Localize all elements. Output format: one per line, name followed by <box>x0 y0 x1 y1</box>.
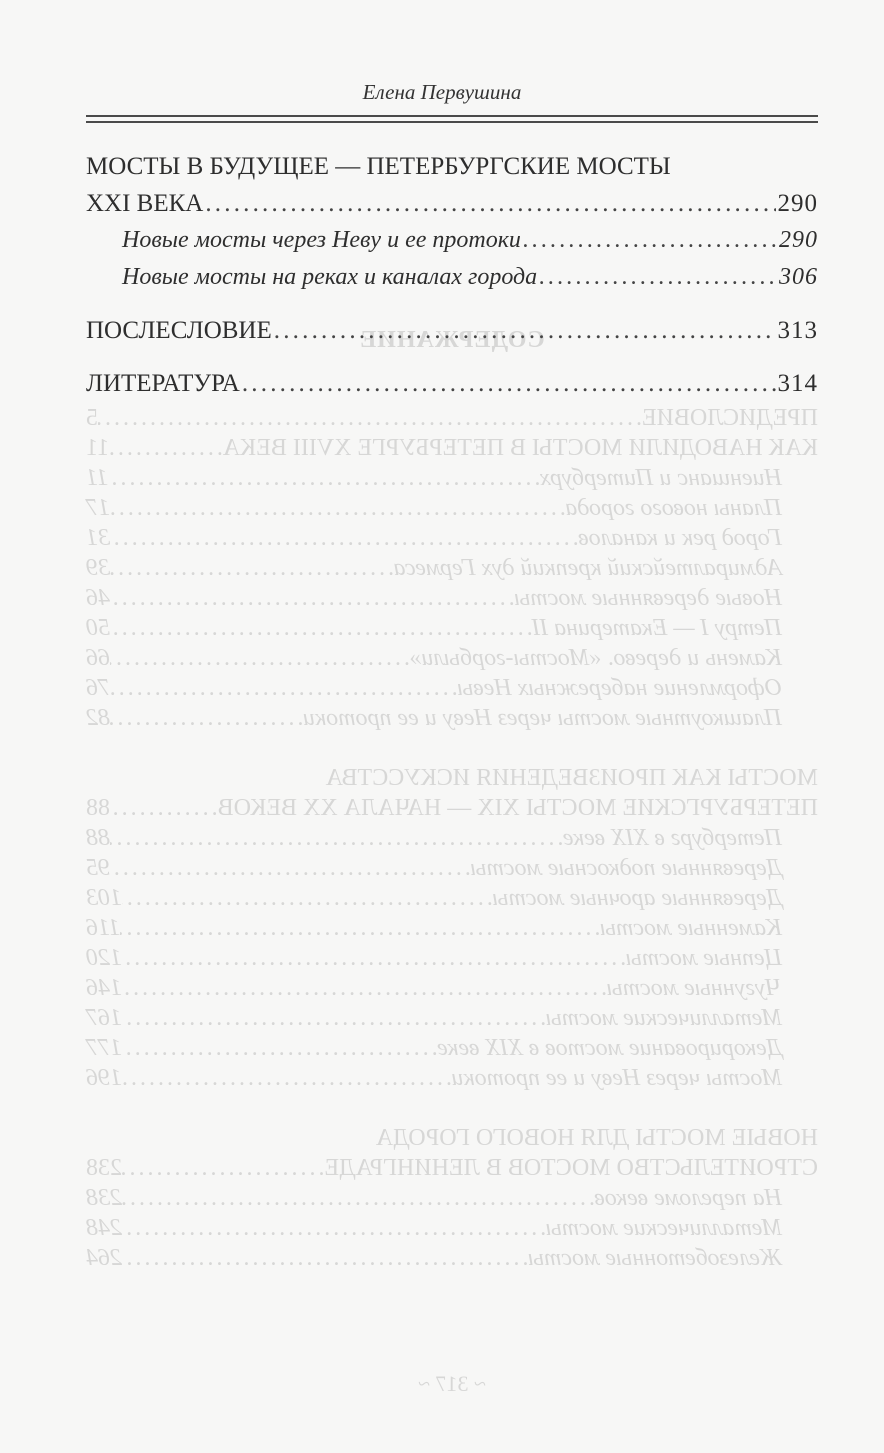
showthrough-row: ПЕТЕРБУРГСКИЕ МОСТЫ XIX — НАЧАЛА XX ВЕКО… <box>86 793 818 823</box>
reverse-page-showthrough: СОДЕРЖАНИЕ ПРЕДИСЛОВИЕ..................… <box>86 325 818 1399</box>
toc-page-number: 313 <box>778 312 819 349</box>
toc-entry[interactable]: ПОСЛЕСЛОВИЕ ............................… <box>86 312 818 349</box>
toc-entry-title: Новые мосты на реках и каналах города <box>122 259 537 296</box>
showthrough-row: МОСТЫ КАК ПРОИЗВЕДЕНИЯ ИСКУССТВА <box>86 763 818 793</box>
toc-entry[interactable]: Новые мосты на реках и каналах города ..… <box>86 259 818 296</box>
showthrough-row: Чугунные мосты..........................… <box>86 973 818 1003</box>
table-of-contents: МОСТЫ В БУДУЩЕЕ — ПЕТЕРБУРГСКИЕ МОСТЫ XX… <box>86 148 818 402</box>
showthrough-row: Ниеншанс и Питербурх....................… <box>86 463 818 493</box>
showthrough-row: Петру I — Екатерина II..................… <box>86 613 818 643</box>
showthrough-row: НОВЫЕ МОСТЫ ДЛЯ НОВОГО ГОРОДА <box>86 1123 818 1153</box>
showthrough-row: Декорирование мостов в XIX веке.........… <box>86 1033 818 1063</box>
header-rule-bottom <box>86 121 818 123</box>
running-header-author: Елена Первушина <box>0 80 884 105</box>
toc-entry-title: ПОСЛЕСЛОВИЕ <box>86 312 272 349</box>
toc-page-number: 290 <box>778 185 819 222</box>
toc-entry[interactable]: ЛИТЕРАТУРА .............................… <box>86 365 818 402</box>
showthrough-row: Мосты через Неву и ее протоки...........… <box>86 1063 818 1093</box>
showthrough-folio: ~ 317 ~ <box>86 1369 818 1399</box>
toc-entry[interactable]: Новые мосты через Неву и ее протоки ....… <box>86 222 818 259</box>
toc-entry-title: Новые мосты через Неву и ее протоки <box>122 222 521 259</box>
showthrough-row: СТРОИТЕЛЬСТВО МОСТОВ В ЛЕНИНГРАДЕ.......… <box>86 1153 818 1183</box>
dot-leader: ........................................… <box>205 185 775 222</box>
toc-entry-title: XXI ВЕКА <box>86 185 203 222</box>
dot-leader: ........................................… <box>539 259 777 296</box>
showthrough-row: Металлические мосты.....................… <box>86 1213 818 1243</box>
book-page: СОДЕРЖАНИЕ ПРЕДИСЛОВИЕ..................… <box>0 0 884 1453</box>
toc-page-number: 314 <box>778 365 819 402</box>
showthrough-row: Железобетонные мосты....................… <box>86 1243 818 1273</box>
dot-leader: ........................................… <box>523 222 777 259</box>
toc-page-number: 290 <box>779 222 818 259</box>
toc-entry-title-line1: МОСТЫ В БУДУЩЕЕ — ПЕТЕРБУРГСКИЕ МОСТЫ <box>86 148 818 185</box>
showthrough-row: Цепные мосты............................… <box>86 943 818 973</box>
showthrough-row: На переломе веков.......................… <box>86 1183 818 1213</box>
showthrough-row: ПРЕДИСЛОВИЕ.............................… <box>86 403 818 433</box>
showthrough-row: Деревянные подкосные мосты..............… <box>86 853 818 883</box>
showthrough-row: Адмиралтейский крепкий дух Гермеса......… <box>86 553 818 583</box>
showthrough-row: Камень и дерево. «Мосты-горбыли»........… <box>86 643 818 673</box>
toc-entry[interactable]: XXI ВЕКА ...............................… <box>86 185 818 222</box>
showthrough-row: КАК НАВОДИЛИ МОСТЫ В ПЕТЕРБУРГЕ XVIII ВЕ… <box>86 433 818 463</box>
showthrough-row: Деревянные арочные мосты................… <box>86 883 818 913</box>
showthrough-row: Оформление набережных Невы..............… <box>86 673 818 703</box>
showthrough-row: Металлические мосты.....................… <box>86 1003 818 1033</box>
showthrough-row: Петербург в XIX веке....................… <box>86 823 818 853</box>
showthrough-row: Каменные мосты..........................… <box>86 913 818 943</box>
showthrough-row: Город рек и каналов.....................… <box>86 523 818 553</box>
dot-leader: ........................................… <box>242 365 776 402</box>
showthrough-row: Плашкоутные мосты через Неву и ее проток… <box>86 703 818 733</box>
toc-page-number: 306 <box>779 259 818 296</box>
showthrough-row: Новые деревянные мосты..................… <box>86 583 818 613</box>
toc-entry-title: ЛИТЕРАТУРА <box>86 365 240 402</box>
dot-leader: ........................................… <box>274 312 776 349</box>
header-rule-top <box>86 115 818 117</box>
showthrough-row: Планы нового города.....................… <box>86 493 818 523</box>
